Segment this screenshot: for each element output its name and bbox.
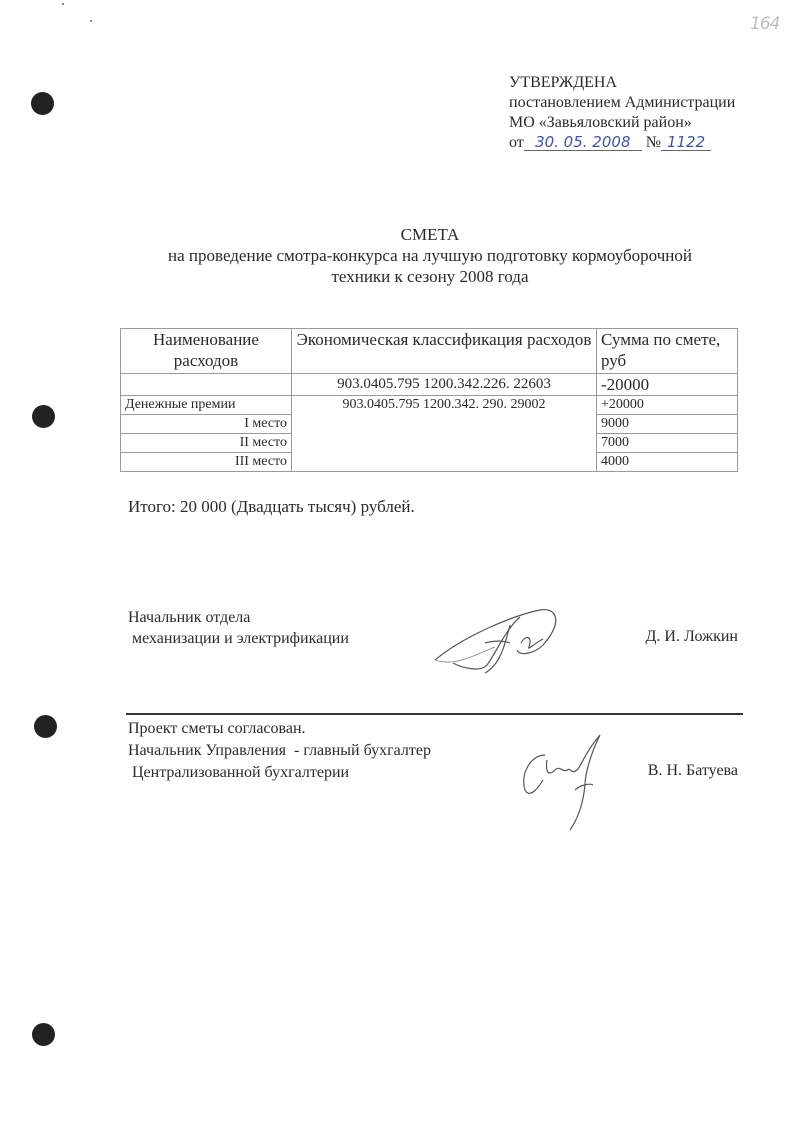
- approval-line2: МО «Завьяловский район»: [509, 113, 735, 133]
- table-row: Денежные премии 903.0405.795 1200.342. 2…: [121, 396, 738, 415]
- signatory1-title-line1: Начальник отдела: [128, 607, 349, 628]
- number-prefix: №: [646, 134, 661, 151]
- signatory2-block: Проект сметы согласован. Начальник Управ…: [128, 718, 431, 784]
- cell-name: Денежные премии: [121, 396, 292, 415]
- table-row: 903.0405.795 1200.342.226. 22603 -20000: [121, 374, 738, 396]
- signatory2-title-line2: Централизованной бухгалтерии: [128, 762, 431, 784]
- header-classification: Экономическая классификация расходов: [292, 329, 597, 374]
- cell-amount: +20000: [597, 396, 738, 415]
- cell-code: 903.0405.795 1200.342.226. 22603: [292, 374, 597, 396]
- approval-number: 1122: [661, 134, 711, 151]
- signature-2: [505, 725, 615, 840]
- cell-code: 903.0405.795 1200.342. 290. 29002: [292, 396, 597, 472]
- header-expense-name: Наименование расходов: [121, 329, 292, 374]
- agreement-note: Проект сметы согласован.: [128, 718, 431, 740]
- cell-name: II место: [121, 434, 292, 453]
- signatory1-title: Начальник отдела механизации и электрифи…: [128, 607, 349, 649]
- table-header-row: Наименование расходов Экономическая клас…: [121, 329, 738, 374]
- header-amount: Сумма по смете, руб: [597, 329, 738, 374]
- approval-date: 30. 05. 2008: [524, 134, 642, 151]
- title-line1: на проведение смотра-конкурса на лучшую …: [110, 245, 750, 266]
- approval-line1: постановлением Администрации: [509, 93, 735, 113]
- cell-amount: 4000: [597, 453, 738, 472]
- cell-name: I место: [121, 415, 292, 434]
- title-heading: СМЕТА: [110, 224, 750, 245]
- approval-date-line: от30. 05. 2008 №1122: [509, 133, 735, 153]
- signatory1-name: Д. И. Ложкин: [646, 628, 738, 646]
- signatory2-name: В. Н. Батуева: [648, 762, 738, 780]
- cell-amount: 7000: [597, 434, 738, 453]
- estimate-table: Наименование расходов Экономическая клас…: [120, 328, 738, 472]
- cell-name: [121, 374, 292, 396]
- title-line2: техники к сезону 2008 года: [110, 266, 750, 287]
- cell-amount: 9000: [597, 415, 738, 434]
- signatory2-title-line1: Начальник Управления - главный бухгалтер: [128, 740, 431, 762]
- page-number: 164: [750, 14, 779, 34]
- approval-status: УТВЕРЖДЕНА: [509, 73, 735, 93]
- punch-hole: [34, 715, 57, 738]
- signature-1: [425, 595, 585, 690]
- punch-hole: [32, 1023, 55, 1046]
- punch-hole: [32, 405, 55, 428]
- approval-block: УТВЕРЖДЕНА постановлением Администрации …: [509, 73, 735, 153]
- cell-amount: -20000: [597, 374, 738, 396]
- divider-line: [126, 713, 743, 715]
- signatory1-title-line2: механизации и электрификации: [128, 628, 349, 649]
- cell-name: III место: [121, 453, 292, 472]
- document-title: СМЕТА на проведение смотра-конкурса на л…: [110, 224, 750, 287]
- date-prefix: от: [509, 134, 524, 151]
- scan-speck: [90, 20, 92, 22]
- total-line: Итого: 20 000 (Двадцать тысяч) рублей.: [128, 497, 415, 517]
- scan-speck: [62, 3, 64, 5]
- punch-hole: [31, 92, 54, 115]
